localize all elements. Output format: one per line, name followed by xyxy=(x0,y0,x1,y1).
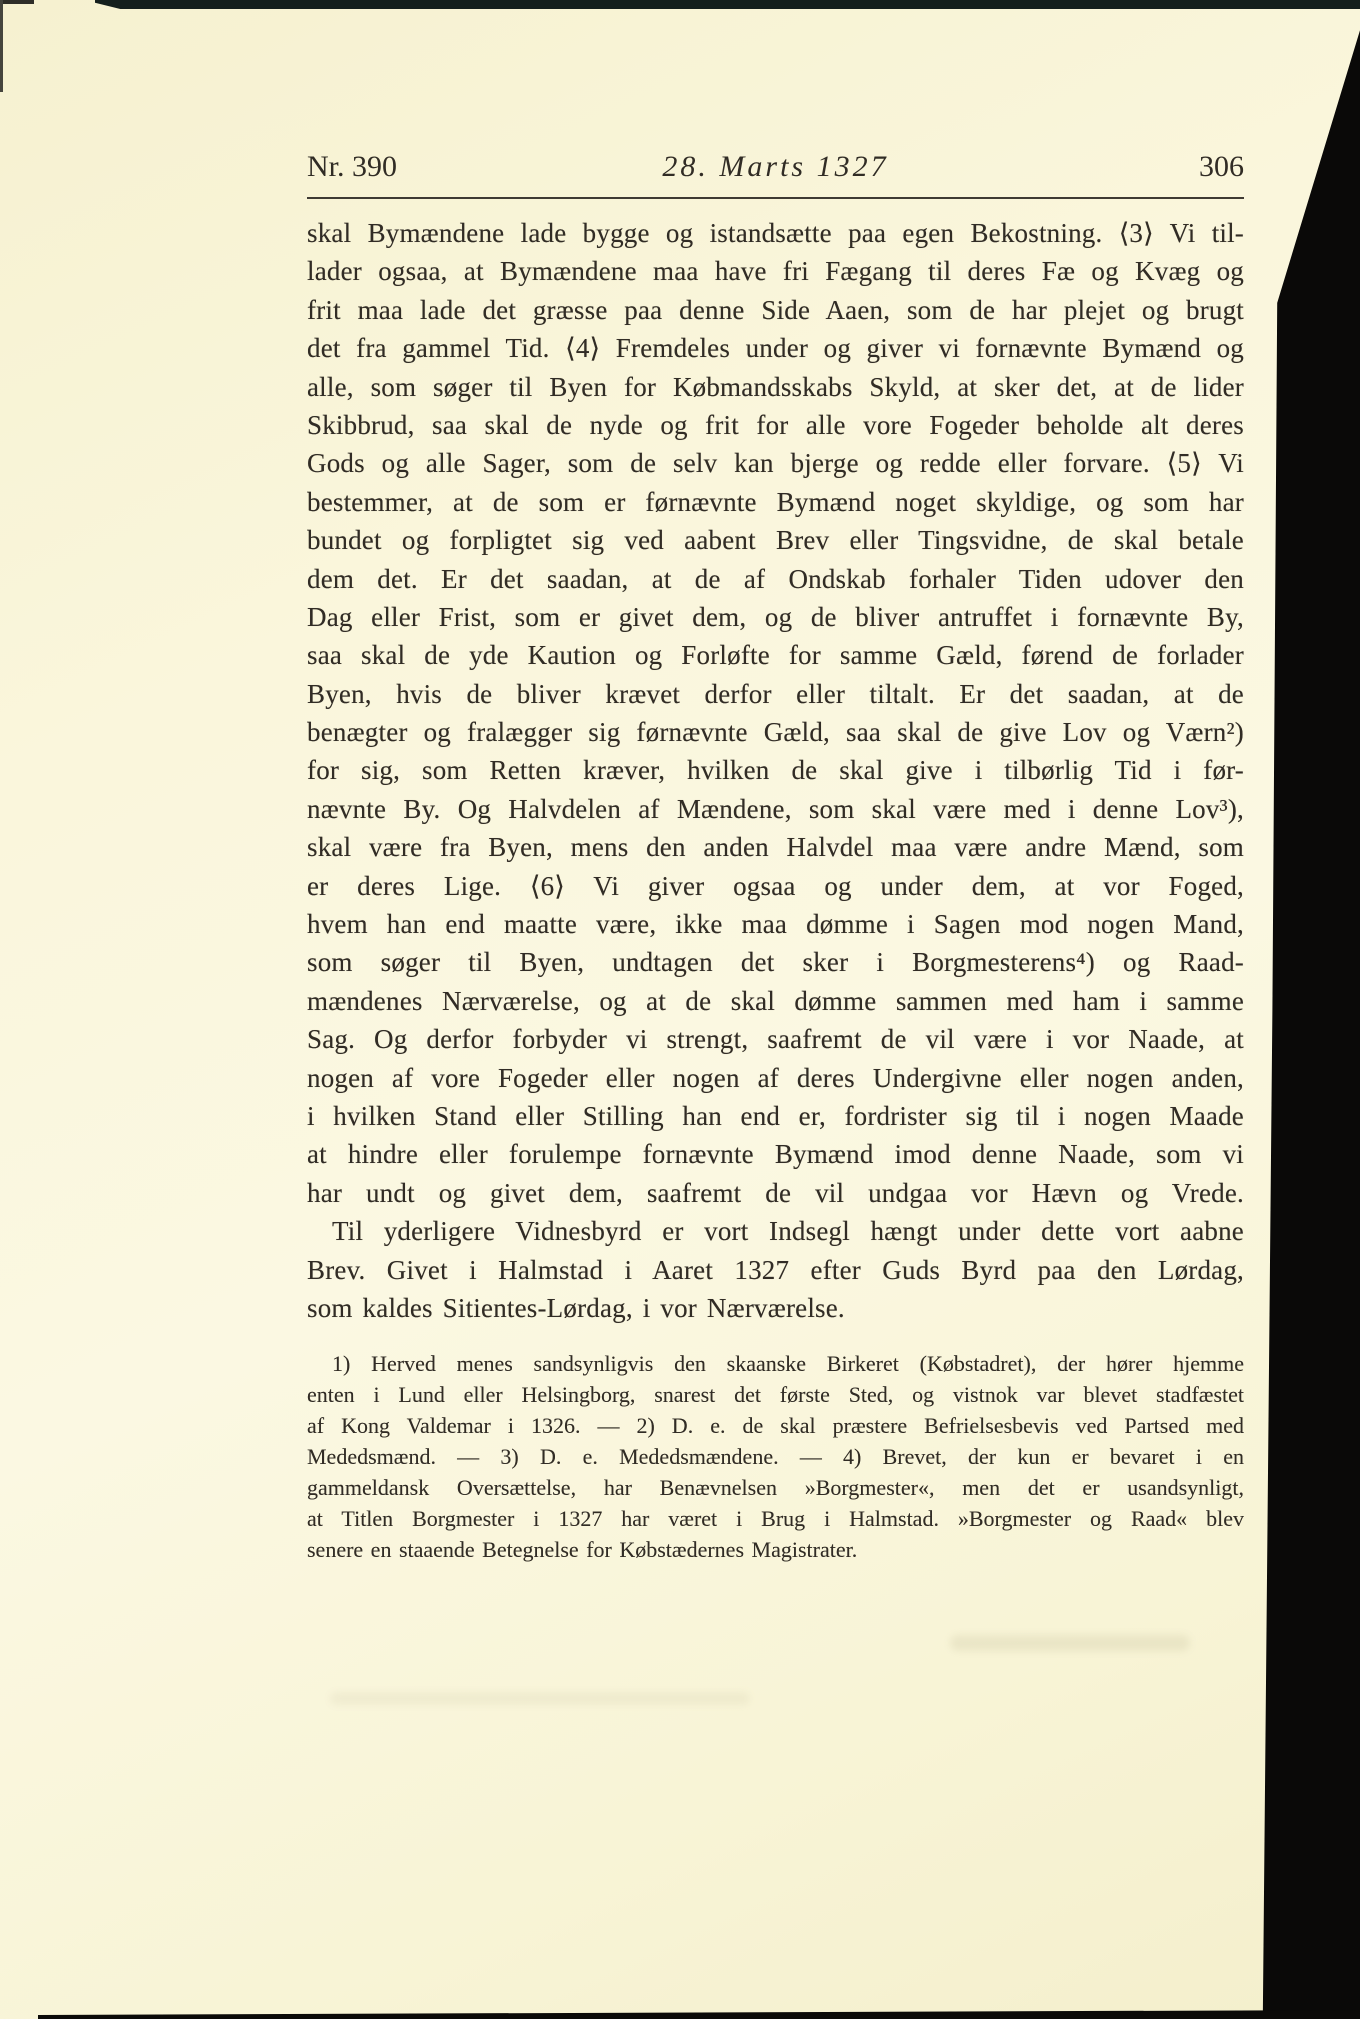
text-line: af Kong Valdemar i 1326. — 2) D. e. de s… xyxy=(307,1410,1244,1441)
text-line: senere en staaende Betegnelse for Købstæ… xyxy=(307,1534,1244,1565)
text-line: er deres Lige. ⟨6⟩ Vi giver ogsaa og und… xyxy=(307,867,1244,905)
document-date: 28. Marts 1327 xyxy=(307,150,1244,184)
text-line: har undt og givet dem, saafremt de vil u… xyxy=(307,1174,1244,1212)
header-rule xyxy=(307,197,1244,199)
text-line: benægter og fralægger sig førnævnte Gæld… xyxy=(307,713,1244,751)
text-line: lader ogsaa, at Bymændene maa have fri F… xyxy=(307,252,1244,290)
text-line: 1) Herved menes sandsynligvis den skaans… xyxy=(307,1348,1244,1379)
text-line: det fra gammel Tid. ⟨4⟩ Fremdeles under … xyxy=(307,329,1244,367)
scan-artifact-top-left-corner xyxy=(0,0,34,4)
text-line: Dag eller Frist, som er givet dem, og de… xyxy=(307,598,1244,636)
text-line: Skibbrud, saa skal de nyde og frit for a… xyxy=(307,406,1244,444)
scan-artifact-left-edge xyxy=(0,0,3,92)
text-line: i hvilken Stand eller Stilling han end e… xyxy=(307,1097,1244,1135)
text-line: skal Bymændene lade bygge og istandsætte… xyxy=(307,214,1244,252)
text-line: skal være fra Byen, mens den anden Halvd… xyxy=(307,828,1244,866)
text-line: bestemmer, at de som er førnævnte Bymænd… xyxy=(307,483,1244,521)
text-line: mændenes Nærværelse, og at de skal dømme… xyxy=(307,982,1244,1020)
text-line: som kaldes Sitientes-Lørdag, i vor Nærvæ… xyxy=(307,1289,1244,1327)
text-line: Byen, hvis de bliver krævet derfor eller… xyxy=(307,675,1244,713)
text-line: som søger til Byen, undtagen det sker i … xyxy=(307,943,1244,981)
scan-artifact-bottom-edge xyxy=(38,2010,1360,2019)
text-line: Sag. Og derfor forbyder vi strengt, saaf… xyxy=(307,1020,1244,1058)
text-line: nævnte By. Og Halvdelen af Mændene, som … xyxy=(307,790,1244,828)
text-line: enten i Lund eller Helsingborg, snarest … xyxy=(307,1379,1244,1410)
text-line: nogen af vore Fogeder eller nogen af der… xyxy=(307,1059,1244,1097)
text-line: at hindre eller forulempe fornævnte Bymæ… xyxy=(307,1135,1244,1173)
text-line: gammeldansk Oversættelse, har Benævnelse… xyxy=(307,1472,1244,1503)
text-line: Til yderligere Vidnesbyrd er vort Indseg… xyxy=(307,1212,1244,1250)
text-line: Brev. Givet i Halmstad i Aaret 1327 efte… xyxy=(307,1251,1244,1289)
page-header: Nr. 390 28. Marts 1327 306 xyxy=(307,150,1244,190)
text-line: saa skal de yde Kaution og Forløfte for … xyxy=(307,636,1244,674)
text-line: alle, som søger til Byen for Købmandsska… xyxy=(307,368,1244,406)
show-through-smudge xyxy=(950,1635,1190,1651)
page-number: 306 xyxy=(1199,150,1244,184)
text-line: frit maa lade det græsse paa denne Side … xyxy=(307,291,1244,329)
text-line: at Titlen Borgmester i 1327 har været i … xyxy=(307,1503,1244,1534)
text-line: dem det. Er det saadan, at de af Ondskab… xyxy=(307,560,1244,598)
footnotes: 1) Herved menes sandsynligvis den skaans… xyxy=(307,1348,1244,1565)
scanned-book-page: Nr. 390 28. Marts 1327 306 skal Bymænden… xyxy=(0,0,1360,2019)
text-line: Mededsmænd. — 3) D. e. Mededsmændene. — … xyxy=(307,1441,1244,1472)
text-line: bundet og forpligtet sig ved aabent Brev… xyxy=(307,521,1244,559)
text-line: hvem han end maatte være, ikke maa dømme… xyxy=(307,905,1244,943)
body-text: skal Bymændene lade bygge og istandsætte… xyxy=(307,214,1244,1327)
scan-artifact-right-edge xyxy=(1240,0,1360,2019)
scan-artifact-top-edge xyxy=(95,0,1360,9)
show-through-smudge xyxy=(330,1692,750,1705)
text-line: Gods og alle Sager, som de selv kan bjer… xyxy=(307,444,1244,482)
text-line: for sig, som Retten kræver, hvilken de s… xyxy=(307,751,1244,789)
